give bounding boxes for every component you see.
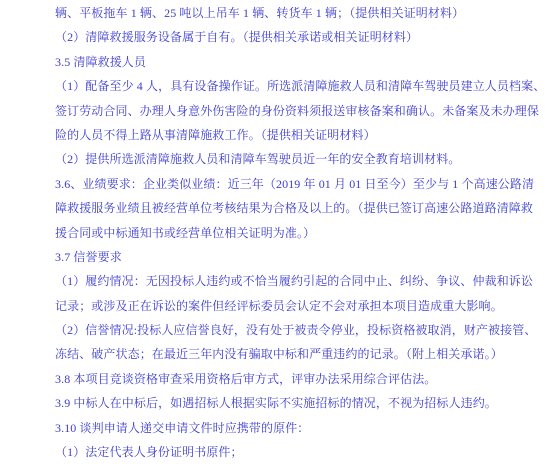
paragraph-line-continuation: 障救援服务业绩且被经营单位考核结果为合格及以上的。（提供已签订高速公路道路清障救 [55,196,513,220]
paragraph-line-item-2: （2）提供所选派清障施救人员和清障车驾驶员近一年的安全教育培训材料。 [55,147,513,171]
section-heading-3-6: 3.6、业绩要求：企业类似业绩：近三年（2019 年 01 月 01 日至今）至… [55,172,513,196]
paragraph-line-item-1: （1）法定代表人身份证明书原件； [55,440,513,464]
paragraph-line-item-2: （2）信誉情况:投标人应信誉良好，没有处于被责令停业，投标资格被取消，财产被接管… [55,318,513,342]
section-heading-3-9: 3.9 中标人在中标后，如遇招标人根据实际不实施招标的情况，不视为招标人违约。 [55,391,513,415]
paragraph-line-item-1: （1）配备至少 4 人，具有设备操作证。所选派清障施救人员和清障车驾驶员建立人员… [55,74,513,98]
section-heading-3-5: 3.5 清障救援人员 [55,50,513,74]
paragraph-line-continuation: 险的人员不得上路从事清障施救工作。（提供相关证明材料） [55,123,513,147]
paragraph-line-continuation: 记录；或涉及正在诉讼的案件但经评标委员会认定不会对承担本项目造成重大影响。 [55,294,513,318]
document-page: 辆、平板拖车 1 辆、25 吨以上吊车 1 辆、转货车 1 辆；（提供相关证明材… [0,0,553,465]
section-heading-3-7: 3.7 信誉要求 [55,245,513,269]
paragraph-line-item-1: （1）履约情况：无因投标人违约或不恰当履约引起的合同中止、纠纷、争议、仲裁和诉讼 [55,269,513,293]
paragraph-line-item-2: （2）清障救援服务设备属于自有。（提供相关承诺或相关证明材料） [55,25,513,49]
section-heading-3-8: 3.8 本项目竞谈资格审查采用资格后审方式，评审办法采用综合评估法。 [55,367,513,391]
paragraph-line-continuation: 签订劳动合同、办理人身意外伤害险的身份资料须报送审核备案和确认。未备案及未办理保 [55,99,513,123]
paragraph-line-continuation: 冻结、破产状态；在最近三年内没有骗取中标和严重违约的记录。（附上相关承诺。） [55,342,513,366]
section-heading-3-10: 3.10 谈判申请人递交申请文件时应携带的原件： [55,416,513,440]
paragraph-line-continuation: 援合同或中标通知书或经营单位相关证明为准。） [55,221,513,245]
paragraph-line-continuation: 辆、平板拖车 1 辆、25 吨以上吊车 1 辆、转货车 1 辆；（提供相关证明材… [55,1,513,25]
